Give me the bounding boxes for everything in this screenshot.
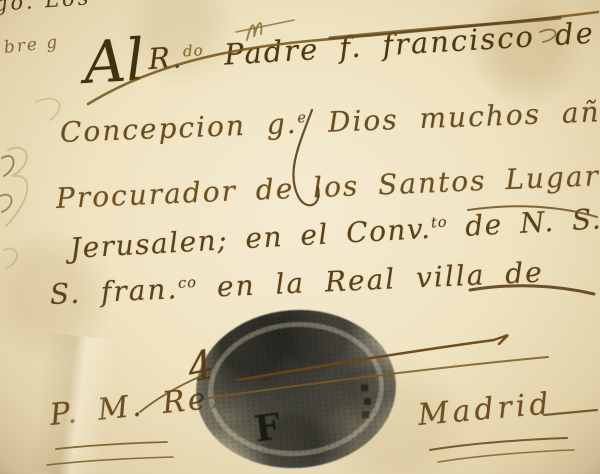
stamp-inner-ring <box>204 316 389 462</box>
destination-city: Madrid <box>416 386 553 433</box>
address-line-2: Concepcion g.e Dios muchos añ. <box>59 95 600 149</box>
address-line-2-pre: Concepcion g. <box>59 107 298 149</box>
address-line-2-post: Dios muchos añ. <box>307 95 600 140</box>
margin-fragment-left: bre g <box>3 32 60 58</box>
address-line-5-pre: S. fran. <box>49 272 179 311</box>
stamp-letter-f: F <box>252 405 283 450</box>
paper-crease <box>28 332 119 474</box>
postal-stamp: F <box>191 303 402 474</box>
address-line-1-post: Padre f. francisco de la <box>203 13 600 73</box>
stamp-dot-marks <box>361 384 368 391</box>
address-line-4-superscript: to <box>430 214 448 232</box>
address-line-4-pre: Jerusalen; en el Conv. <box>69 212 432 265</box>
salutation-al: Al <box>82 25 146 96</box>
address-line-5-post: en la Real villa de <box>196 256 544 305</box>
address-line-4-post: de N. S. P. <box>447 200 600 244</box>
address-line-1-pre: R. <box>147 40 184 76</box>
address-line-1: AlR.do Padre f. francisco de la <box>82 1 600 92</box>
address-line-5: S. fran.co en la Real villa de <box>49 256 544 311</box>
letter-sheet: go. Los bre g AlR.do Padre f. francisco … <box>0 0 600 474</box>
address-line-5-superscript: co <box>178 274 198 292</box>
margin-fragment-top: go. Los <box>0 0 92 16</box>
address-line-1-superscript: do <box>182 41 204 60</box>
